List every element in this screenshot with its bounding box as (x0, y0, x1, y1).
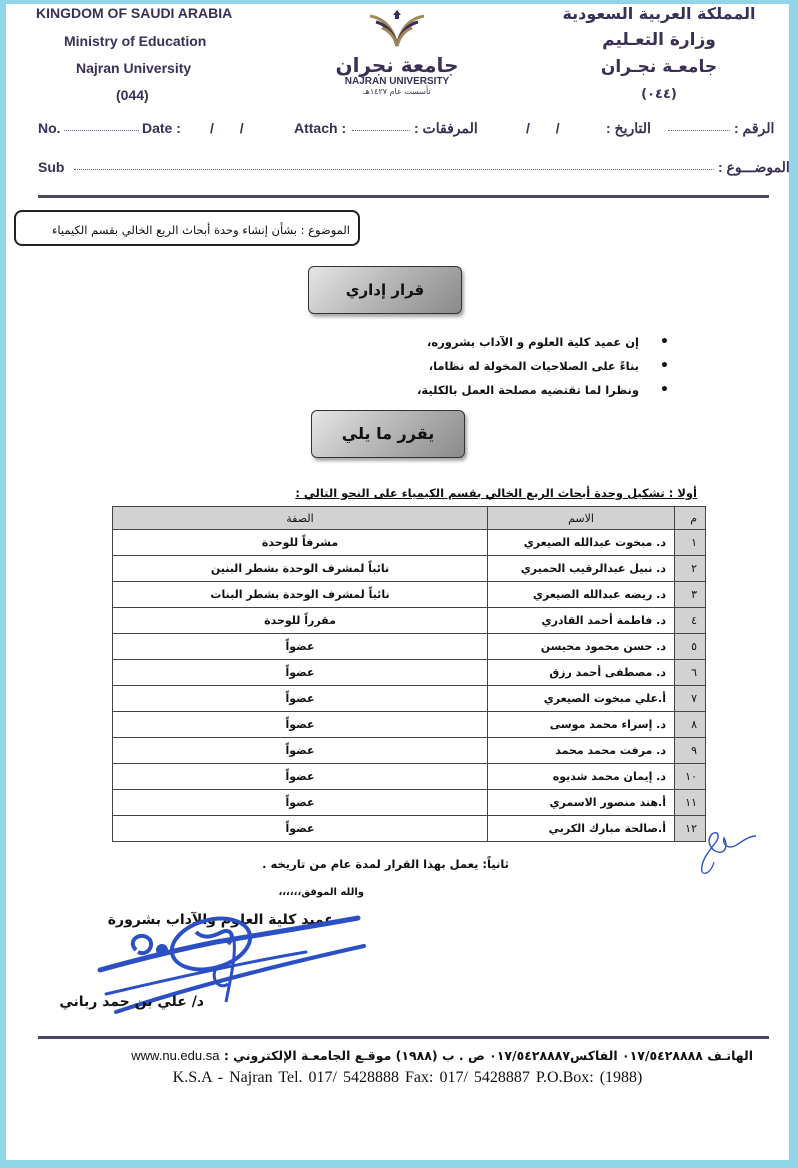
website-link[interactable]: www.nu.edu.sa (131, 1048, 219, 1063)
row-role: نائباً لمشرف الوحدة بشطر البنين (113, 556, 488, 582)
country-en: KINGDOM OF SAUDI ARABIA (36, 0, 232, 27)
row-name: د. إيمان محمد شديوه (488, 764, 675, 790)
date-field: / / (210, 120, 244, 136)
palm-arches-icon (362, 6, 432, 48)
header-num: م (675, 507, 706, 530)
preamble-item: إن عميد كلية العلوم و الآداب بشروره، (417, 330, 669, 354)
row-role: عضواً (113, 686, 488, 712)
logo-established: تأسست عام ١٤٢٧هـ (332, 87, 462, 97)
row-name: أ.علي مبخوت الصيعري (488, 686, 675, 712)
footer-arabic-contact: الهاتـف ٠١٧/٥٤٢٨٨٨٨ الفاكس٠١٧/٥٤٢٨٨٨٧ ص … (56, 1048, 753, 1063)
country-ar: المملكة العربية السعودية (559, 0, 759, 27)
code-ar: (٠٤٤) (559, 81, 759, 108)
row-num: ٩ (675, 738, 706, 764)
date-label: Date : (142, 120, 181, 136)
table-row: ١٢أ.صالحة مبارك الكربيعضواً (113, 816, 706, 842)
attach-field (352, 120, 410, 131)
attach-ar-label: المرفقات : (414, 120, 478, 137)
closing-phrase: والله الموفق،،،،،، (278, 887, 364, 898)
row-num: ٦ (675, 660, 706, 686)
sub-field (74, 159, 714, 170)
sub-label: Sub (38, 159, 64, 175)
reference-row: No. Date : / / Attach : المرفقات : / / ا… (38, 120, 775, 140)
code-en: (044) (116, 82, 149, 109)
row-num: ٣ (675, 582, 706, 608)
header-name: الاسم (488, 507, 675, 530)
row-role: عضواً (113, 790, 488, 816)
date-ar-label: التاريخ : (606, 120, 651, 137)
row-name: د. ريضه عبدالله الصيعري (488, 582, 675, 608)
number-ar-label: الرقم : (734, 120, 774, 137)
signatory-name: د/ علي بن حمد رباني (59, 994, 204, 1010)
row-name: د. مصطفى أحمد رزق (488, 660, 675, 686)
row-role: عضواً (113, 660, 488, 686)
table-row: ١٠د. إيمان محمد شديوهعضواً (113, 764, 706, 790)
row-name: د. نبيل عبدالرقيب الحميري (488, 556, 675, 582)
row-num: ١ (675, 530, 706, 556)
footer-divider (38, 1036, 769, 1039)
table-row: ٧أ.علي مبخوت الصيعريعضواً (113, 686, 706, 712)
table-row: ٢د. نبيل عبدالرقيب الحميرينائباً لمشرف ا… (113, 556, 706, 582)
preamble-item: ونظرا لما تقتضيه مصلحة العمل بالكلية، (417, 378, 669, 402)
row-name: د. مبخوت عبدالله الصيعري (488, 530, 675, 556)
table-row: ٨د. إسراء محمد موسىعضواً (113, 712, 706, 738)
attach-label: Attach : (294, 120, 346, 136)
row-role: عضواً (113, 712, 488, 738)
logo-english-name: NAJRAN UNIVERSITY (332, 76, 462, 87)
table-row: ٣د. ريضه عبدالله الصيعرينائباً لمشرف الو… (113, 582, 706, 608)
row-name: د. فاطمة أحمد القادري (488, 608, 675, 634)
row-role: نائباً لمشرف الوحدة بشطر البنات (113, 582, 488, 608)
preamble-list: إن عميد كلية العلوم و الآداب بشروره، بنا… (417, 330, 669, 402)
header-divider (38, 195, 769, 198)
row-num: ٧ (675, 686, 706, 712)
footer-english-contact: K.S.A - Najran Tel. 017/ 5428888 Fax: 01… (6, 1069, 789, 1087)
row-name: د. مرفت محمد محمد (488, 738, 675, 764)
row-num: ٥ (675, 634, 706, 660)
table-header-row: م الاسم الصفة (113, 507, 706, 530)
university-logo: جامعة نجران NAJRAN UNIVERSITY تأسست عام … (332, 6, 462, 96)
university-en: Najran University (76, 55, 191, 82)
subject-box: الموضوع : بشأن إنشاء وحدة أبحاث الربع ال… (14, 210, 360, 246)
logo-arabic-name: جامعة نجران (332, 54, 462, 76)
row-num: ١١ (675, 790, 706, 816)
table-row: ١١أ.هند منصور الاسمريعضواً (113, 790, 706, 816)
row-role: عضواً (113, 816, 488, 842)
second-clause: ثانياً: يعمل بهذا القرار لمدة عام من تار… (262, 857, 509, 871)
row-role: عضواً (113, 764, 488, 790)
university-ar: جامعـة نجـران (559, 54, 759, 81)
header-role: الصفة (113, 507, 488, 530)
row-role: مشرفاً للوحدة (113, 530, 488, 556)
date-ar-field: / / (526, 120, 560, 136)
handwritten-initials-icon (698, 822, 758, 877)
first-clause-heading: أولا : تشكيل وحدة أبحاث الربع الخالي بقس… (295, 486, 697, 500)
table-row: ٩د. مرفت محمد محمدعضواً (113, 738, 706, 764)
table-row: ٤د. فاطمة أحمد القادريمقرراً للوحدة (113, 608, 706, 634)
subject-row: Sub الموضـــوع : (38, 159, 775, 181)
row-num: ٤ (675, 608, 706, 634)
resolves-title-banner: يقرر ما يلي (311, 410, 465, 458)
footer-arabic-text: الهاتـف ٠١٧/٥٤٢٨٨٨٨ الفاكس٠١٧/٥٤٢٨٨٨٧ ص … (224, 1048, 753, 1063)
ministry-ar: وزارة التعـليم (559, 27, 759, 54)
subject-ar-label: الموضـــوع : (718, 159, 790, 176)
row-name: د. حسن محمود محيسن (488, 634, 675, 660)
no-field (64, 120, 139, 131)
members-table: م الاسم الصفة ١د. مبخوت عبدالله الصيعريم… (112, 506, 706, 842)
arabic-letterhead: المملكة العربية السعودية وزارة التعـليم … (559, 0, 759, 108)
row-num: ٨ (675, 712, 706, 738)
row-role: عضواً (113, 738, 488, 764)
row-name: أ.هند منصور الاسمري (488, 790, 675, 816)
preamble-item: بناءً على الصلاحيات المخولة له نظاما، (417, 354, 669, 378)
row-num: ٢ (675, 556, 706, 582)
row-role: مقرراً للوحدة (113, 608, 488, 634)
number-ar-field (668, 120, 730, 131)
table-row: ٦د. مصطفى أحمد رزقعضواً (113, 660, 706, 686)
no-label: No. (38, 120, 61, 136)
table-row: ٥د. حسن محمود محيسنعضواً (113, 634, 706, 660)
row-role: عضواً (113, 634, 488, 660)
row-name: أ.صالحة مبارك الكربي (488, 816, 675, 842)
row-num: ١٠ (675, 764, 706, 790)
decision-title-banner: قرار إداري (308, 266, 462, 314)
table-row: ١د. مبخوت عبدالله الصيعريمشرفاً للوحدة (113, 530, 706, 556)
ministry-en: Ministry of Education (64, 28, 206, 55)
letter-page: KINGDOM OF SAUDI ARABIA Ministry of Educ… (6, 4, 793, 1160)
row-name: د. إسراء محمد موسى (488, 712, 675, 738)
